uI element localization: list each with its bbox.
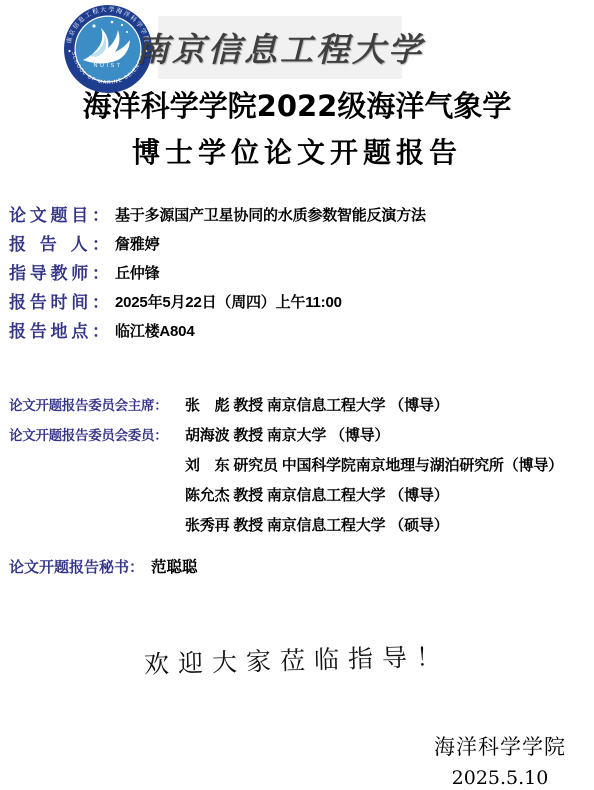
field-value: 临江楼A804	[115, 323, 194, 340]
field-label: 报告时间：	[9, 288, 109, 317]
signature-block: 海洋科学学院 2025.5.10	[434, 731, 566, 789]
secretary-row: 论文开题报告秘书：范聪聪	[9, 553, 198, 583]
info-fields: 论文题目：基于多源国产卫星协同的水质参数智能反演方法 报 告 人：詹雅婷 指导教…	[9, 201, 590, 346]
field-label: 报告地点：	[9, 317, 109, 346]
field-report-location: 报告地点：临江楼A804	[9, 317, 590, 346]
secretary-label: 论文开题报告秘书：	[9, 559, 144, 576]
signature-date: 2025.5.10	[434, 767, 566, 789]
university-calligraphy: 南京信息工程大学	[158, 16, 402, 79]
field-label: 论文题目：	[9, 201, 109, 230]
committee-chair-label: 论文开题报告委员会主席：	[9, 391, 185, 421]
logo-nuist-text: NUIST	[94, 63, 123, 69]
committee-member: 张秀再 教授 南京信息工程大学 （硕导）	[185, 511, 563, 541]
welcome-note: 欢迎大家莅临指导！	[0, 633, 594, 685]
field-presenter: 报 告 人：詹雅婷	[9, 230, 590, 259]
field-value: 丘仲锋	[115, 265, 159, 282]
field-label: 指导教师：	[9, 259, 109, 288]
field-value: 2025年5月22日（周四）上午11:00	[115, 294, 342, 311]
secretary-value: 范聪聪	[151, 559, 198, 576]
field-advisor: 指导教师：丘仲锋	[9, 259, 590, 288]
announcement-page: 南京信息工程大学海洋科学学院 SCHOOL OF MARINE SCIENCES…	[0, 0, 594, 790]
committee-members-label: 论文开题报告委员会委员：	[9, 421, 185, 451]
title-line1: 海洋科学学院2022级海洋气象学	[0, 90, 594, 122]
committee-member: 刘 东 研究员 中国科学院南京地理与湖泊研究所（博导）	[185, 451, 563, 481]
field-value: 基于多源国产卫星协同的水质参数智能反演方法	[115, 207, 426, 224]
committee-members-list: 胡海波 教授 南京大学 （博导） 刘 东 研究员 中国科学院南京地理与湖泊研究所…	[185, 421, 563, 541]
committee-chair-value: 张 彪 教授 南京信息工程大学 （博导）	[185, 391, 449, 421]
signature-school: 海洋科学学院	[434, 731, 566, 761]
committee-members-row: 论文开题报告委员会委员： 胡海波 教授 南京大学 （博导） 刘 东 研究员 中国…	[9, 421, 594, 541]
document-title: 海洋科学学院2022级海洋气象学 博士学位论文开题报告	[0, 90, 594, 169]
field-label: 报 告 人：	[9, 230, 109, 259]
committee-section: 论文开题报告委员会主席： 张 彪 教授 南京信息工程大学 （博导） 论文开题报告…	[9, 391, 594, 541]
field-value: 詹雅婷	[115, 236, 159, 253]
committee-chair-row: 论文开题报告委员会主席： 张 彪 教授 南京信息工程大学 （博导）	[9, 391, 594, 421]
field-report-time: 报告时间：2025年5月22日（周四）上午11:00	[9, 288, 590, 317]
committee-member: 陈允杰 教授 南京信息工程大学 （博导）	[185, 481, 563, 511]
committee-member: 胡海波 教授 南京大学 （博导）	[185, 421, 563, 451]
title-line2: 博士学位论文开题报告	[0, 137, 594, 169]
field-thesis-title: 论文题目：基于多源国产卫星协同的水质参数智能反演方法	[9, 201, 590, 230]
